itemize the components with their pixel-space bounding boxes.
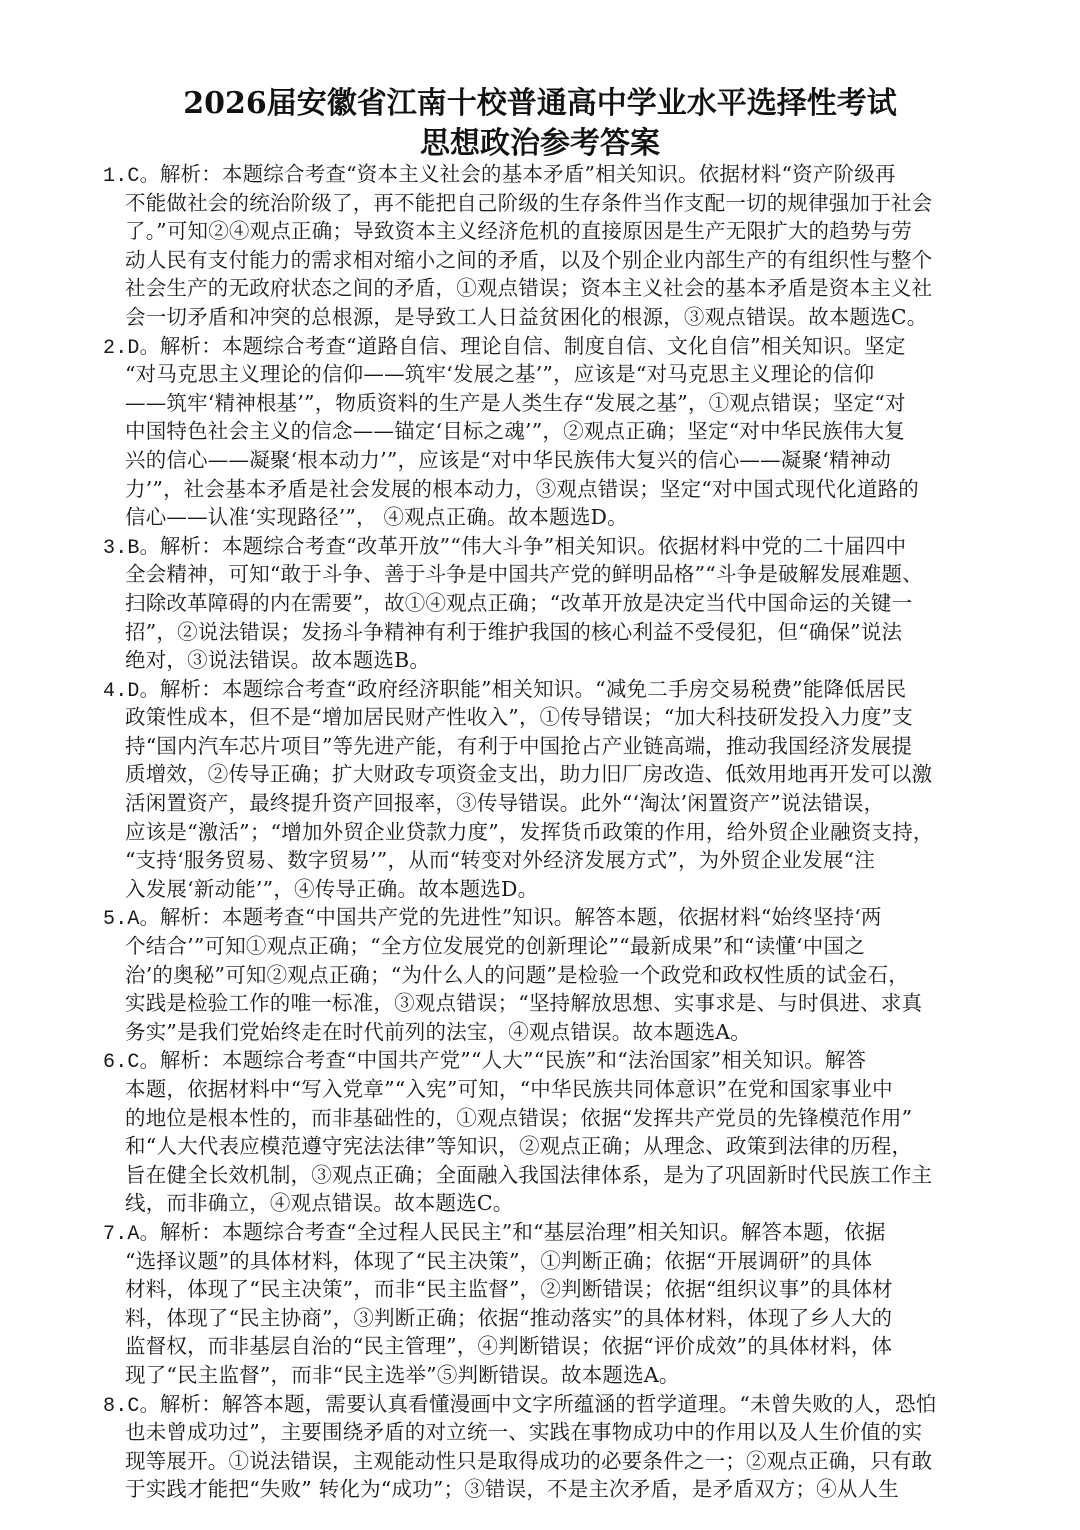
- answer-text-line: 信心——认准‘实现路径’”， ④观点正确。故本题选D。: [103, 503, 1003, 532]
- answer-item-7: 7.A。解析：本题综合考查“全过程人民民主”和“基层治理”相关知识。解答本题，依…: [103, 1218, 1003, 1390]
- answer-text-line: 活闲置资产，最终提升资产回报率，③传导错误。此外“‘淘汰’闲置资产”说法错误，: [103, 789, 1003, 818]
- answer-text-line: 兴的信心——凝聚‘根本动力’”，应该是“对中华民族伟大复兴的信心——凝聚‘精神动: [103, 446, 1003, 475]
- answer-text-line: 解析：本题综合考查“中国共产党”“人大”“民族”和“法治国家”相关知识。解答: [160, 1048, 866, 1072]
- answer-text-line: 监督权，而非基层自治的“民主管理”，④判断错误；依据“评价成效”的具体材料，体: [103, 1332, 1003, 1361]
- answer-text-line: 料，体现了“民主协商”，③判断正确；依据“推动落实”的具体材料，体现了乡人大的: [103, 1304, 1003, 1333]
- answer-text-line: 本题，依据材料中“写入党章”“入宪”可知，“中华民族共同体意识”在党和国家事业中: [103, 1075, 1003, 1104]
- answer-text-line: 现了“民主监督”，而非“民主选举”⑤判断错误。故本题选A。: [103, 1361, 1003, 1390]
- answer-text-line: 解析：本题综合考查“资本主义社会的基本矛盾”相关知识。依据材料“资产阶级再: [160, 162, 896, 186]
- answer-text-line: 动人民有支付能力的需求相对缩小之间的矛盾，以及个别企业内部生产的有组织性与整个: [103, 246, 1003, 275]
- answer-text-line: 线，而非确立，④观点错误。故本题选C。: [103, 1189, 1003, 1218]
- answer-item-8: 8.C。解析：解答本题，需要认真看懂漫画中文字所蕴涵的哲学道理。“未曾失败的人，…: [103, 1390, 1003, 1504]
- answer-text-line: 持“国内汽车芯片项目”等先进产能，有利于中国抢占产业链高端，推动我国经济发展提: [103, 732, 1003, 761]
- answer-number: 7.A。: [103, 1223, 160, 1246]
- answer-text-line: 个结合’”可知①观点正确；“全方位发展党的创新理论”“最新成果”和“读懂‘中国之: [103, 932, 1003, 961]
- answer-text-line: 应该是“激活”；“增加外贸企业贷款力度”，发挥货币政策的作用，给外贸企业融资支持…: [103, 818, 1003, 847]
- answer-number: 6.C。: [103, 1051, 160, 1074]
- answer-item-2: 2.D。解析：本题综合考查“道路自信、理论自信、制度自信、文化自信”相关知识。坚…: [103, 332, 1003, 532]
- answer-text-line: 质增效，②传导正确；扩大财政专项资金支出，助力旧厂房改造、低效用地再开发可以激: [103, 760, 1003, 789]
- answer-text-line: 全会精神，可知“敢于斗争、善于斗争是中国共产党的鲜明品格”“斗争是破解发展难题、: [103, 560, 1003, 589]
- document-subtitle: 思想政治参考答案: [0, 118, 1080, 162]
- answer-text-line: 也未曾成功过”，主要围绕矛盾的对立统一、实践在事物成功中的作用以及人生价值的实: [103, 1418, 1003, 1447]
- answer-text-line: 现等展开。①说法错误，主观能动性只是取得成功的必要条件之一；②观点正确，只有敢: [103, 1447, 1003, 1476]
- answer-text-line: 力’”，社会基本矛盾是社会发展的根本动力，③观点错误；坚定“对中国式现代化道路的: [103, 475, 1003, 504]
- answer-text-line: 解析：解答本题，需要认真看懂漫画中文字所蕴涵的哲学道理。“未曾失败的人，恐怕: [160, 1392, 937, 1416]
- answer-text-line: 材料，体现了“民主决策”，而非“民主监督”，②判断错误；依据“组织议事”的具体材: [103, 1275, 1003, 1304]
- answer-text-line: 绝对，③说法错误。故本题选B。: [103, 646, 1003, 675]
- answer-number: 5.A。: [103, 908, 160, 931]
- document-title: 2026届安徽省江南十校普通高中学业水平选择性考试: [0, 78, 1080, 122]
- answer-item-6: 6.C。解析：本题综合考查“中国共产党”“人大”“民族”和“法治国家”相关知识。…: [103, 1046, 1003, 1218]
- answer-text-line: 扫除改革障碍的内在需要”，故①④观点正确；“改革开放是决定当代中国命运的关键一: [103, 589, 1003, 618]
- answer-item-5: 5.A。解析：本题考查“中国共产党的先进性”知识。解答本题，依据材料“始终坚持‘…: [103, 903, 1003, 1046]
- answer-text-line: 政策性成本，但不是“增加居民财产性收入”，①传导错误；“加大科技研发投入力度”支: [103, 703, 1003, 732]
- answer-number: 8.C。: [103, 1395, 160, 1418]
- answer-text-line: 于实践才能把“失败” 转化为“成功”；③错误，不是主次矛盾，是矛盾双方；④从人生: [103, 1475, 1003, 1504]
- answer-text-line: 社会生产的无政府状态之间的矛盾，①观点错误；资本主义社会的基本矛盾是资本主义社: [103, 274, 1003, 303]
- answer-item-4: 4.D。解析：本题综合考查“政府经济职能”相关知识。“减免二手房交易税费”能降低…: [103, 675, 1003, 904]
- answer-text-line: 解析：本题考查“中国共产党的先进性”知识。解答本题，依据材料“始终坚持‘两: [160, 905, 882, 929]
- answer-text-line: 入发展‘新动能’”，④传导正确。故本题选D。: [103, 875, 1003, 904]
- answer-text-line: ——筑牢‘精神根基’”，物质资料的生产是人类生存“发展之基”，①观点错误；坚定“…: [103, 389, 1003, 418]
- answer-text-line: 的地位是根本性的，而非基础性的，①观点错误；依据“发挥共产党员的先锋模范作用”: [103, 1104, 1003, 1133]
- answer-number: 4.D。: [103, 680, 160, 703]
- answer-number: 1.C。: [103, 165, 160, 188]
- answer-text-line: “支持‘服务贸易、数字贸易’”，从而“转变对外经济发展方式”，为外贸企业发展“注: [103, 846, 1003, 875]
- answer-text-line: 旨在健全长效机制，③观点正确；全面融入我国法律体系，是为了巩固新时代民族工作主: [103, 1161, 1003, 1190]
- answer-item-1: 1.C。解析：本题综合考查“资本主义社会的基本矛盾”相关知识。依据材料“资产阶级…: [103, 160, 1003, 332]
- answer-text-line: 不能做社会的统治阶级了，再不能把自己阶级的生存条件当作支配一切的规律强加于社会: [103, 189, 1003, 218]
- answer-text-line: 会一切矛盾和冲突的总根源，是导致工人日益贫困化的根源，③观点错误。故本题选C。: [103, 303, 1003, 332]
- answer-text-line: 和“人大代表应模范遵守宪法法律”等知识，②观点正确；从理念、政策到法律的历程，: [103, 1132, 1003, 1161]
- answer-sheet-page: 2026届安徽省江南十校普通高中学业水平选择性考试 思想政治参考答案 1.C。解…: [0, 0, 1080, 1530]
- answer-text-line: “选择议题”的具体材料，体现了“民主决策”，①判断正确；依据“开展调研”的具体: [103, 1247, 1003, 1276]
- answer-text-line: 务实”是我们党始终走在时代前列的法宝，④观点错误。故本题选A。: [103, 1018, 1003, 1047]
- answer-text-line: 解析：本题综合考查“改革开放”“伟大斗争”相关知识。依据材料中党的二十届四中: [160, 534, 907, 558]
- answer-text-line: 解析：本题综合考查“政府经济职能”相关知识。“减免二手房交易税费”能降低居民: [160, 677, 907, 701]
- answer-text-line: 解析：本题综合考查“全过程人民民主”和“基层治理”相关知识。解答本题，依据: [160, 1220, 886, 1244]
- answer-text-line: 治’的奥秘”可知②观点正确；“为什么人的问题”是检验一个政党和政权性质的试金石，: [103, 961, 1003, 990]
- answer-number: 2.D。: [103, 337, 160, 360]
- answer-number: 3.B。: [103, 537, 160, 560]
- answer-text-line: 实践是检验工作的唯一标准，③观点错误；“坚持解放思想、实事求是、与时俱进、求真: [103, 989, 1003, 1018]
- answer-text-line: 中国特色社会主义的信念——锚定‘目标之魂’”，②观点正确；坚定“对中华民族伟大复: [103, 417, 1003, 446]
- answer-text-line: 招”，②说法错误；发扬斗争精神有利于维护我国的核心利益不受侵犯，但“确保”说法: [103, 618, 1003, 647]
- answer-text-line: 解析：本题综合考查“道路自信、理论自信、制度自信、文化自信”相关知识。坚定: [160, 334, 906, 358]
- answer-text-line: “对马克思主义理论的信仰——筑牢‘发展之基’”，应该是“对马克思主义理论的信仰: [103, 360, 1003, 389]
- answer-list: 1.C。解析：本题综合考查“资本主义社会的基本矛盾”相关知识。依据材料“资产阶级…: [103, 160, 1003, 1504]
- answer-item-3: 3.B。解析：本题综合考查“改革开放”“伟大斗争”相关知识。依据材料中党的二十届…: [103, 532, 1003, 675]
- answer-text-line: 了。”可知②④观点正确；导致资本主义经济危机的直接原因是生产无限扩大的趋势与劳: [103, 217, 1003, 246]
